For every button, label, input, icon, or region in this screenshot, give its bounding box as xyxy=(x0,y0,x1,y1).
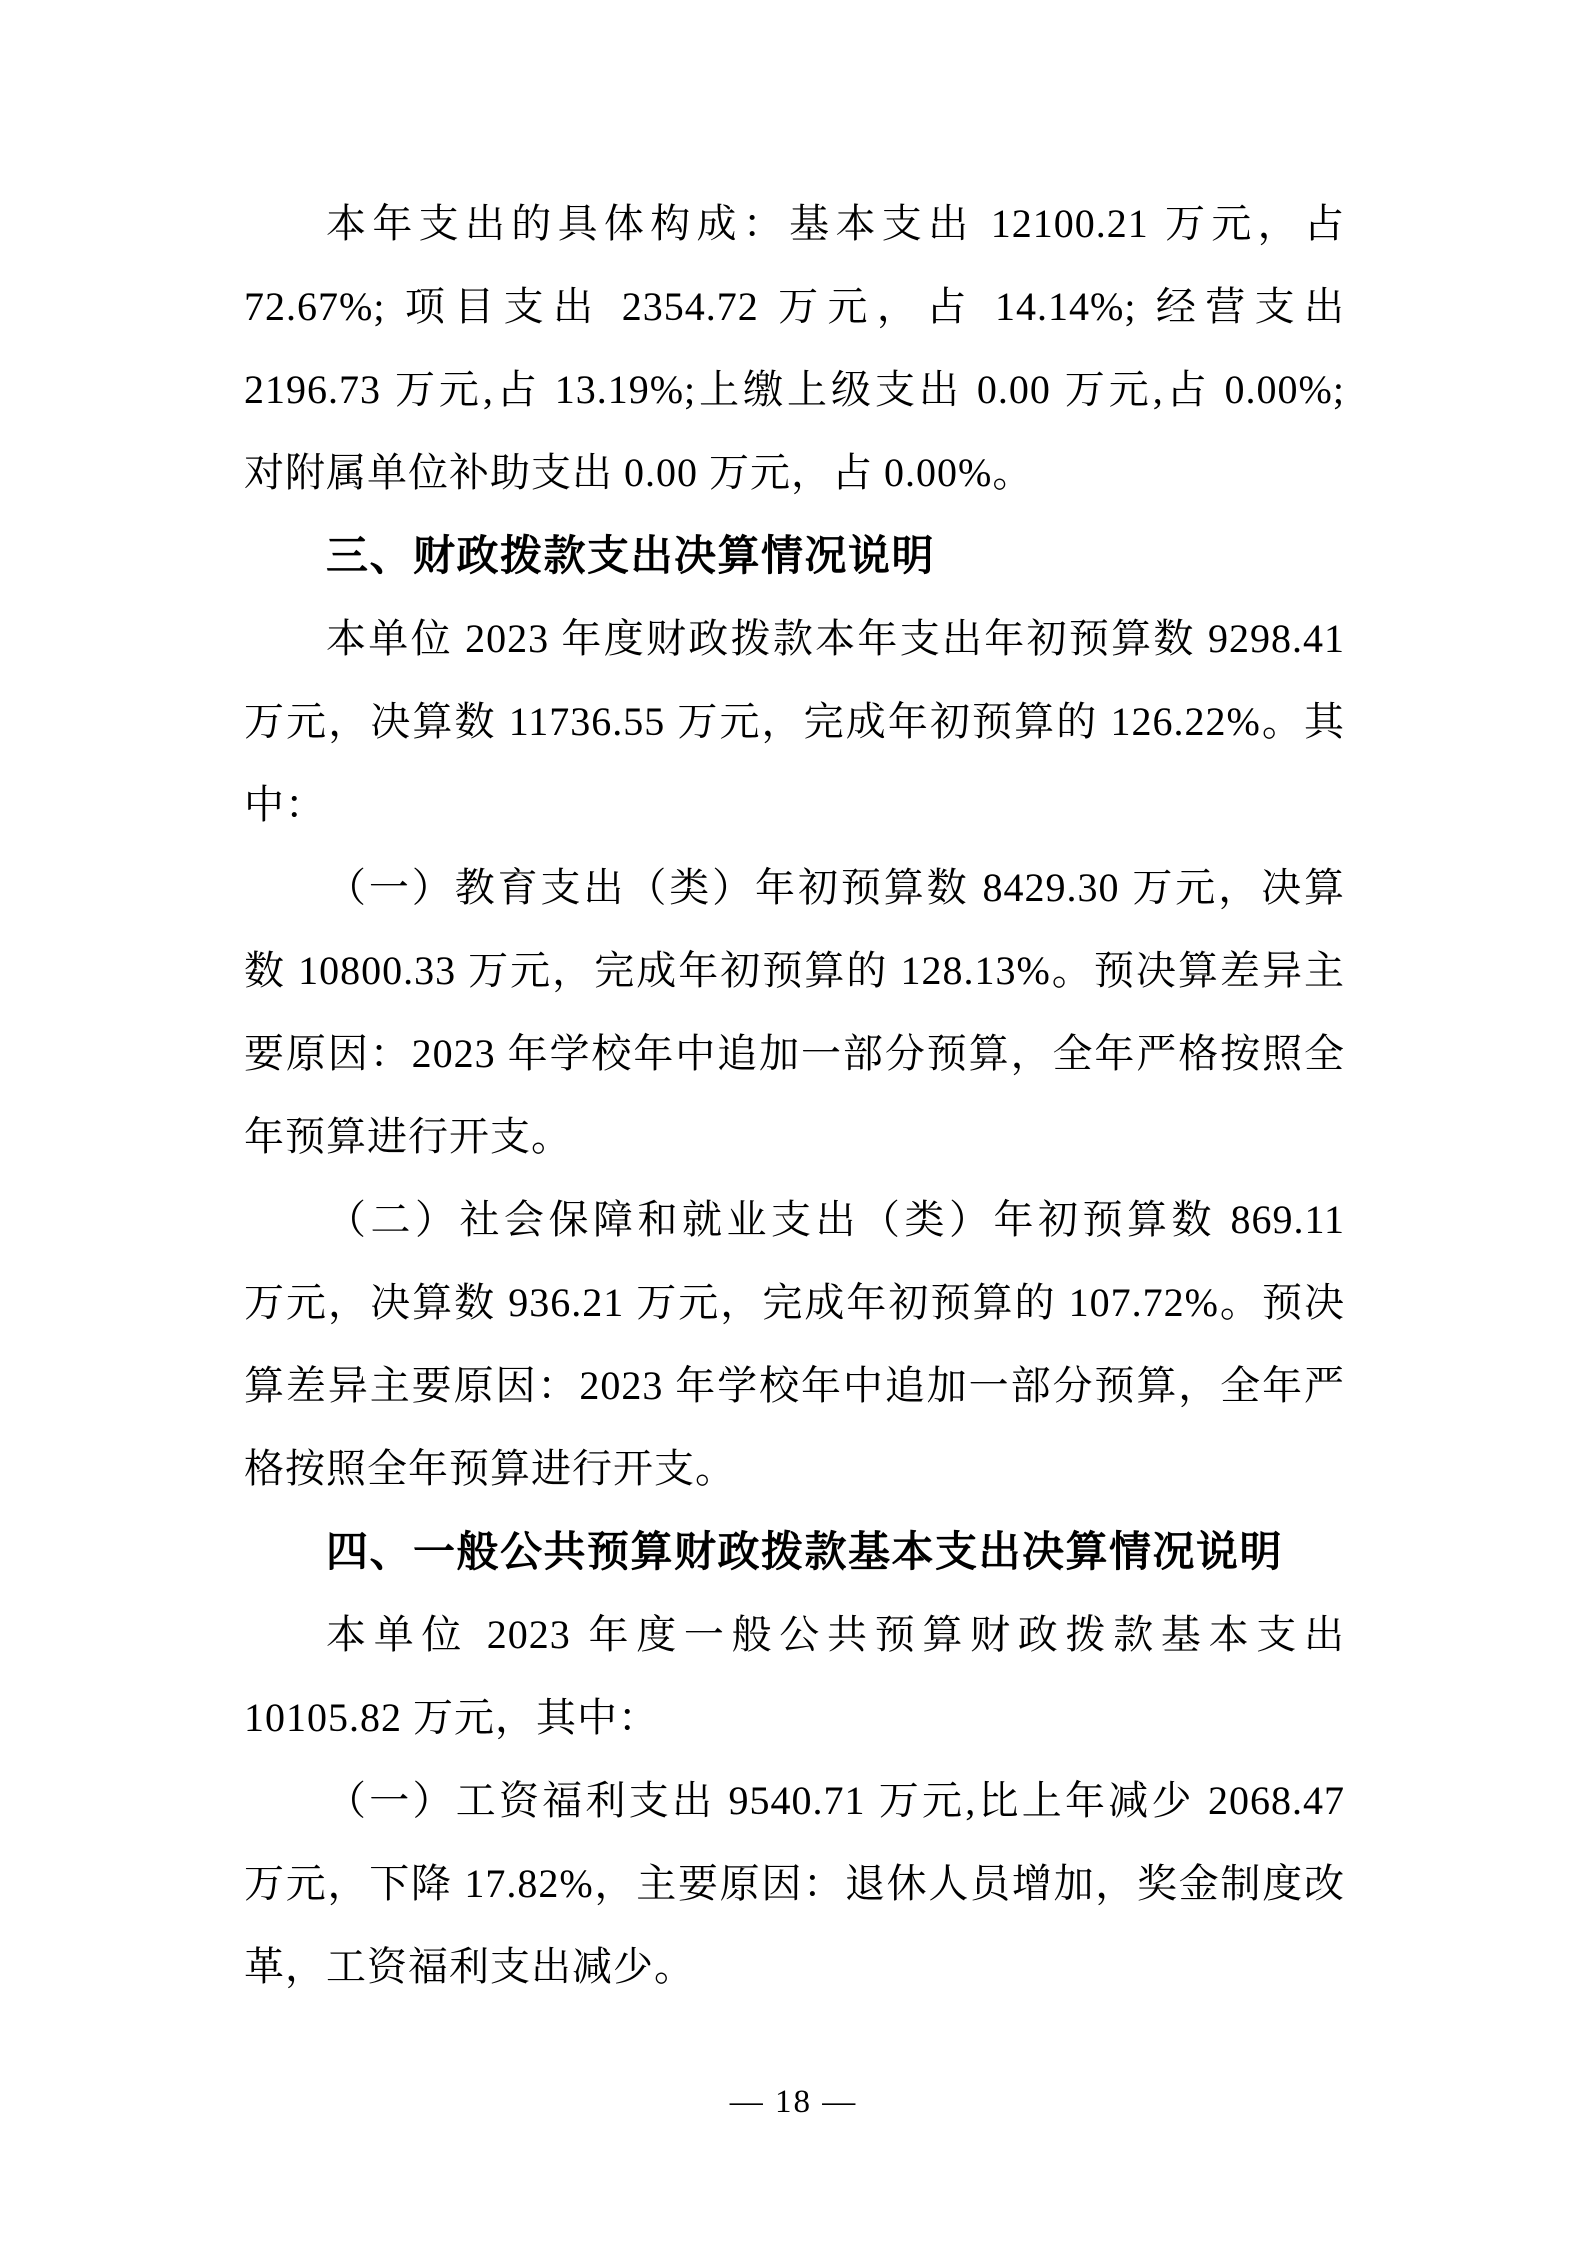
body-line: 72.67%; 项目支出 2354.72 万元，占 14.14%; 经营支出 xyxy=(244,265,1345,348)
body-line: 算差异主要原因：2023 年学校年中追加一部分预算，全年严 xyxy=(244,1344,1345,1427)
body-line: 万元，决算数 936.21 万元，完成年初预算的 107.72%。预决 xyxy=(244,1261,1345,1344)
body-line: 本单位 2023 年度一般公共预算财政拨款基本支出 xyxy=(244,1593,1345,1676)
page-number: — 18 — xyxy=(0,2082,1587,2122)
body-line: 数 10800.33 万元，完成年初预算的 128.13%。预决算差异主 xyxy=(244,929,1345,1012)
body-line: 对附属单位补助支出 0.00 万元，占 0.00%。 xyxy=(244,431,1345,514)
body-line: 中： xyxy=(244,763,1345,846)
body-line: 年预算进行开支。 xyxy=(244,1095,1345,1178)
body-line: （一）工资福利支出 9540.71 万元,比上年减少 2068.47 xyxy=(244,1759,1345,1842)
body-line: 本单位 2023 年度财政拨款本年支出年初预算数 9298.41 xyxy=(244,597,1345,680)
body-line: 10105.82 万元，其中： xyxy=(244,1676,1345,1759)
body-line: 格按照全年预算进行开支。 xyxy=(244,1427,1345,1510)
document-body: 本年支出的具体构成：基本支出 12100.21 万元，占 72.67%; 项目支… xyxy=(244,182,1345,2008)
section-heading-3: 三、财政拨款支出决算情况说明 xyxy=(244,514,1345,597)
body-line: 2196.73 万元,占 13.19%;上缴上级支出 0.00 万元,占 0.0… xyxy=(244,348,1345,431)
body-line: 要原因：2023 年学校年中追加一部分预算，全年严格按照全 xyxy=(244,1012,1345,1095)
body-line: 本年支出的具体构成：基本支出 12100.21 万元，占 xyxy=(244,182,1345,265)
section-heading-4: 四、一般公共预算财政拨款基本支出决算情况说明 xyxy=(244,1510,1345,1593)
document-page: 本年支出的具体构成：基本支出 12100.21 万元，占 72.67%; 项目支… xyxy=(0,0,1587,2245)
body-line: 万元，下降 17.82%，主要原因：退休人员增加，奖金制度改 xyxy=(244,1842,1345,1925)
body-line: （二）社会保障和就业支出（类）年初预算数 869.11 xyxy=(244,1178,1345,1261)
body-line: 万元，决算数 11736.55 万元，完成年初预算的 126.22%。其 xyxy=(244,680,1345,763)
body-line: 革，工资福利支出减少。 xyxy=(244,1925,1345,2008)
body-line: （一）教育支出（类）年初预算数 8429.30 万元，决算 xyxy=(244,846,1345,929)
